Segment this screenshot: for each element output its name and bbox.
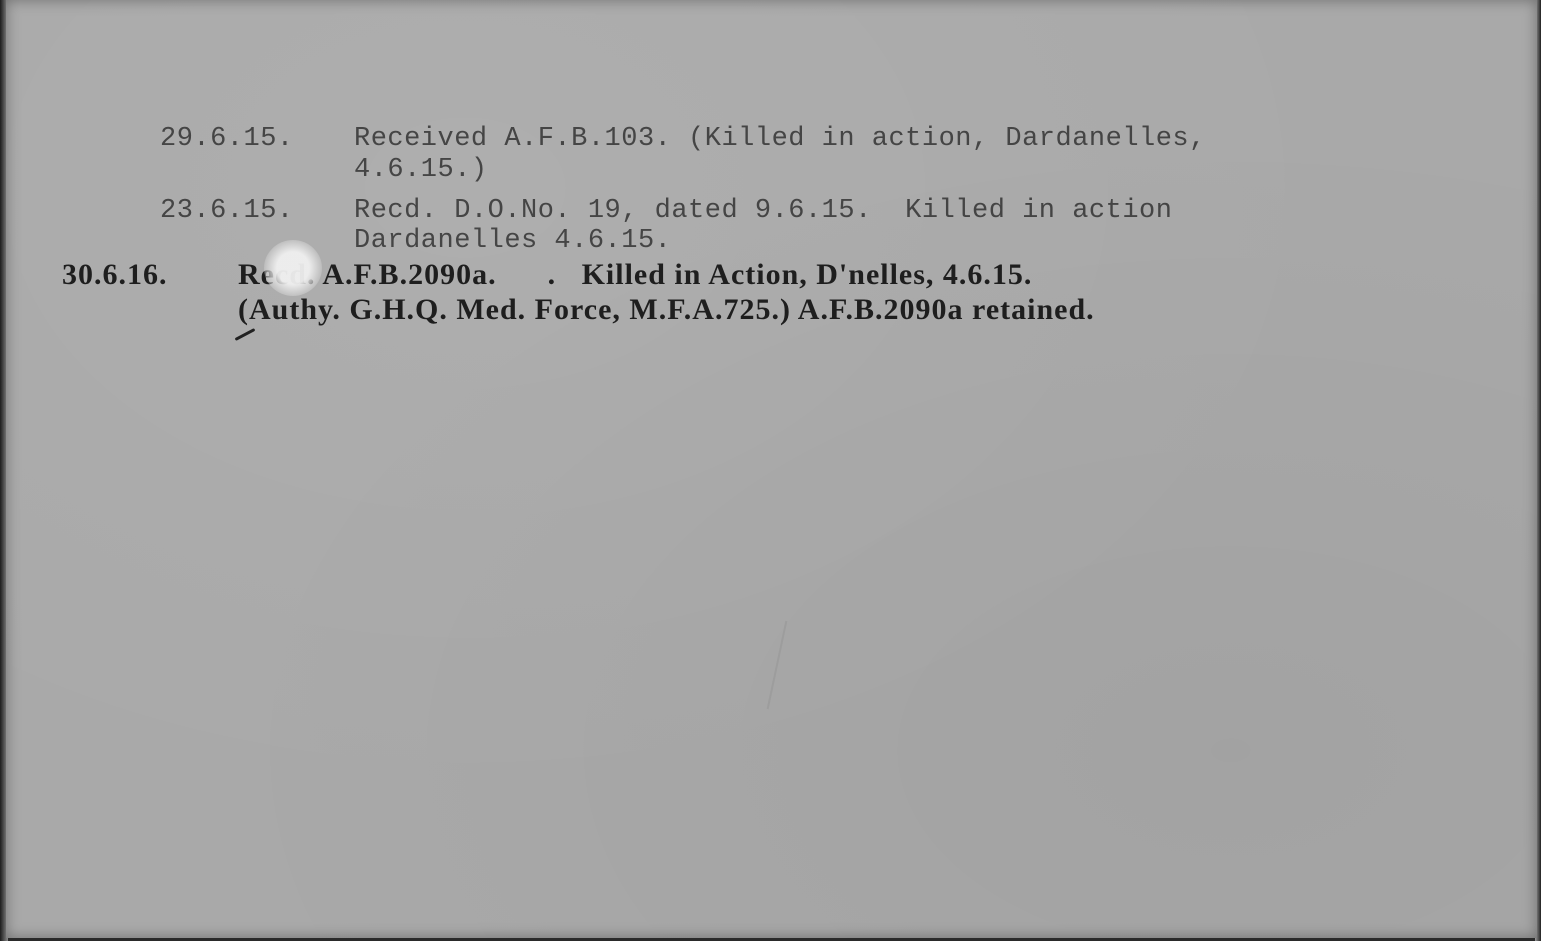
entry-3-text-line1: Recd. A.F.B.2090a. . Killed in Action, D… <box>238 258 1032 292</box>
entry-2-text-line2: Dardanelles 4.6.15. <box>354 226 671 256</box>
card-crease <box>767 621 788 709</box>
record-card: 29.6.15. Received A.F.B.103. (Killed in … <box>6 0 1537 938</box>
entry-1-text-line1: Received A.F.B.103. (Killed in action, D… <box>354 124 1206 154</box>
entry-1-date: 29.6.15. <box>160 124 294 154</box>
white-spot-blemish <box>264 240 322 296</box>
entry-2-date: 23.6.15. <box>160 196 294 226</box>
entry-1-text-line2: 4.6.15.) <box>354 155 488 185</box>
entry-2-text-line1: Recd. D.O.No. 19, dated 9.6.15. Killed i… <box>354 196 1172 226</box>
entry-3-text-line2: (Authy. G.H.Q. Med. Force, M.F.A.725.) A… <box>238 293 1095 327</box>
pen-tick-mark <box>235 328 256 341</box>
entry-3-date: 30.6.16. <box>62 258 168 292</box>
